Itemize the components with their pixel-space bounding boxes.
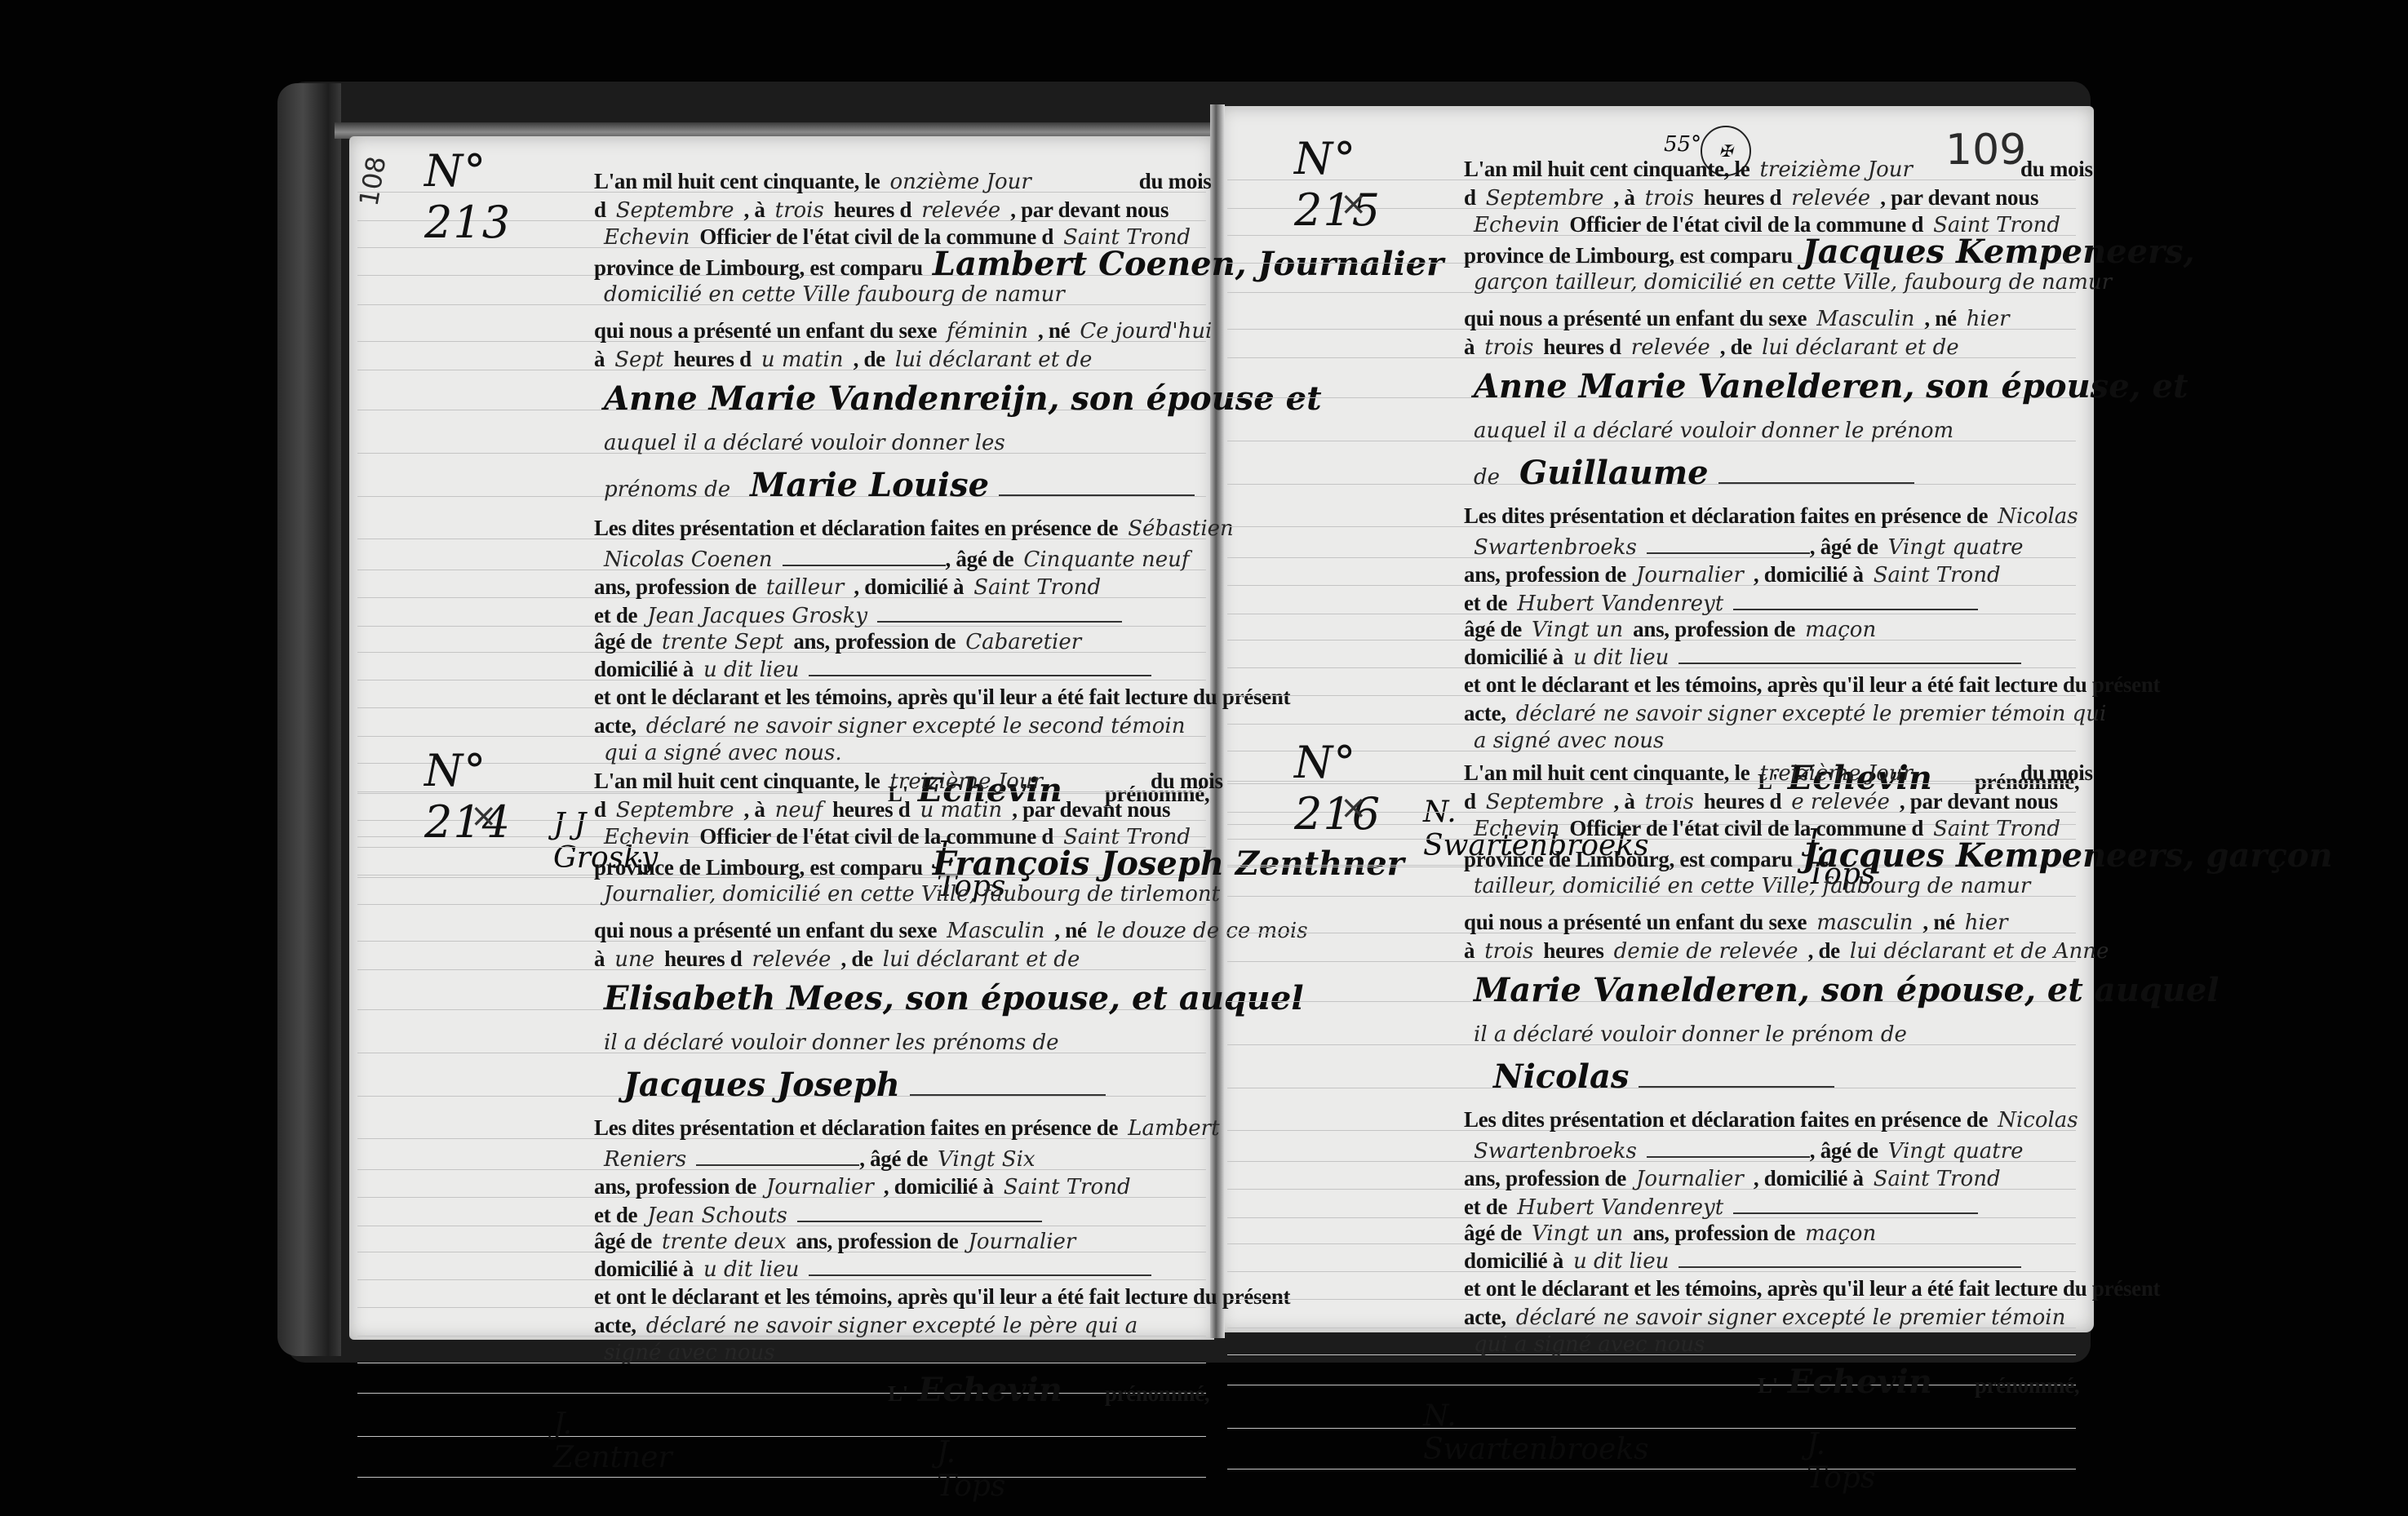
book-cover-left-edge: [277, 83, 341, 1356]
handwritten-text: relevée: [921, 198, 1000, 223]
witness2-domicile-line: domicilié àu dit lieu: [1464, 643, 2021, 672]
handwritten-text: Vingt un: [1532, 618, 1623, 642]
printed-text: L'an mil huit cent cinquante, le: [1464, 157, 1749, 181]
handwritten-text: Anne Marie Vanelderen, son épouse, et: [1474, 367, 2188, 406]
handwritten-text: relevée: [1631, 335, 1710, 360]
printed-text: domicilié à: [594, 1257, 694, 1281]
printed-text: , âgé de: [1810, 1138, 1878, 1163]
handwritten-text: Marie Vanelderen, son épouse, et auquel: [1474, 971, 2219, 1009]
witness1-profession-line: ans, profession deJournalier, domicilié …: [1464, 561, 2011, 589]
printed-text: , par devant nous: [1010, 197, 1169, 222]
printed-text: du mois: [1139, 169, 1212, 193]
printed-text: , de: [840, 946, 872, 971]
printed-text: à: [594, 347, 605, 371]
printed-text: et ont le déclarant et les témoins, aprè…: [594, 1284, 1290, 1309]
handwritten-text: domicilié en cette Ville faubourg de nam…: [604, 282, 1065, 307]
printed-text: , de: [854, 347, 885, 371]
handwritten-text: auquel il a déclaré vouloir donner le pr…: [1474, 419, 1953, 443]
handwritten-text: treizième Jour: [1759, 157, 1913, 182]
handwritten-text: Vingt quatre: [1888, 535, 2024, 560]
witness1-line: Les dites présentation et déclaration fa…: [594, 1114, 1230, 1142]
date-line: L'an mil huit cent cinquante, letreizièm…: [1464, 759, 2093, 787]
witness2-line: et deJean Schouts: [594, 1201, 1042, 1230]
printed-text: et ont le déclarant et les témoins, aprè…: [594, 685, 1290, 709]
handwritten-text: demie de relevée: [1614, 939, 1798, 964]
handwritten-text: Septembre: [616, 198, 734, 223]
handwritten-text: déclaré ne savoir signer excepté le seco…: [646, 714, 1186, 738]
ruled-line: [1227, 1428, 2076, 1429]
handwritten-text: le douze de ce mois: [1097, 919, 1308, 943]
printed-text: heures d: [1543, 335, 1621, 359]
printed-text: âgé de: [594, 629, 652, 654]
handwritten-text: u matin: [920, 798, 1003, 822]
printed-text: et de: [594, 603, 637, 627]
printed-text: , à: [744, 797, 765, 822]
handwritten-text: Septembre: [1486, 790, 1604, 814]
witness-signature: J. Zentner: [553, 1407, 672, 1474]
handwritten-text: Jacques Kempeneers, garçon: [1803, 836, 2333, 875]
birth-time-line: àSeptheures du matin, delui déclarant et…: [594, 345, 1102, 374]
printed-text: et ont le déclarant et les témoins, aprè…: [1464, 672, 2160, 697]
printed-text: domicilié à: [1464, 645, 1563, 669]
handwritten-text: Jean Jacques Grosky: [647, 604, 867, 628]
witness2-domicile-line: domicilié àu dit lieu: [594, 655, 1151, 684]
book-gutter: [1210, 104, 1225, 1338]
printed-text: , à: [744, 197, 765, 222]
handwritten-text: Elisabeth Mees, son épouse, et auquel: [604, 979, 1304, 1017]
printed-text: , de: [1808, 938, 1840, 963]
handwritten-text: Ce jourd'hui: [1080, 319, 1212, 344]
child-sex-line: qui nous a présenté un enfant du sexeMas…: [594, 916, 1318, 945]
printed-text: qui nous a présenté un enfant du sexe: [1464, 306, 1807, 330]
ruled-line: [357, 1436, 1206, 1437]
handwritten-text: u dit lieu: [1573, 645, 1669, 670]
time-line: dSeptembre, àneufheures du matin, par de…: [594, 796, 1170, 824]
printed-text: qui nous a présenté un enfant du sexe: [594, 918, 937, 942]
witness2-domicile-line: domicilié àu dit lieu: [594, 1255, 1151, 1283]
signing-declaration-cont-line: signé avec nous: [594, 1338, 785, 1367]
handwritten-text: Sébastien: [1128, 516, 1234, 541]
printed-text: ans, profession de: [1633, 617, 1795, 641]
printed-text: L'an mil huit cent cinquante, le: [594, 769, 880, 793]
printed-text: , âgé de: [859, 1146, 928, 1171]
declarant-line: province de Limbourg, est comparuLambert…: [594, 250, 1453, 281]
handwritten-text: Hubert Vandenreyt: [1517, 592, 1723, 616]
officer-signature: J. Tops: [1807, 1428, 1875, 1495]
printed-text: , domicilié à: [854, 574, 964, 599]
declaration-line: auquel il a déclaré vouloir donner le pr…: [1464, 416, 1963, 445]
handwritten-text: Reniers: [604, 1147, 686, 1172]
entry-number: N° 216: [1294, 737, 1381, 840]
declarant-line: province de Limbourg, est comparuJacques…: [1464, 238, 2205, 269]
handwritten-text: relevée: [752, 947, 831, 972]
handwritten-text: Saint Trond: [1004, 1175, 1131, 1199]
time-line: dSeptembre, àtroisheures drelevée, par d…: [1464, 184, 2038, 212]
printed-text: âgé de: [594, 1229, 652, 1253]
signing-declaration-line: acte,déclaré ne savoir signer excepté le…: [1464, 1303, 2075, 1332]
printed-text: , âgé de: [1810, 534, 1878, 559]
handwritten-text: Vingt quatre: [1888, 1139, 2024, 1164]
handwritten-text: Nicolas Coenen: [604, 547, 773, 572]
handwritten-text: e relevée: [1791, 790, 1890, 814]
handwritten-text: lui déclarant et de: [1762, 335, 1959, 360]
handwritten-text: Echevin: [1474, 213, 1559, 237]
handwritten-text: Saint Trond: [1874, 563, 2001, 587]
printed-text: Les dites présentation et déclaration fa…: [594, 1115, 1118, 1140]
printed-text: prénommé,: [1975, 1373, 2080, 1398]
handwritten-text: neuf: [775, 798, 823, 822]
handwritten-text: Saint Trond: [973, 575, 1101, 600]
handwritten-text: Septembre: [1486, 186, 1604, 211]
handwritten-text: trois: [1484, 335, 1533, 360]
witness2-age-line: âgé detrente deuxans, profession deJourn…: [594, 1227, 1085, 1256]
printed-text: Les dites présentation et déclaration fa…: [1464, 1107, 1988, 1132]
handwritten-text: Saint Trond: [1874, 1167, 2001, 1191]
handwritten-text: u dit lieu: [1573, 1249, 1669, 1274]
signing-declaration-cont-line: qui a signé avec nous.: [594, 738, 852, 767]
witness2-age-line: âgé deVingt unans, profession demaçon: [1464, 1219, 1886, 1248]
declaration-line: il a déclaré vouloir donner les prénoms …: [594, 1028, 1069, 1057]
printed-text: province de Limbourg, est comparu: [1464, 243, 1793, 268]
signing-declaration-cont-line: qui a signé avec nous: [1464, 1330, 1714, 1359]
handwritten-text: Echevin: [1474, 817, 1559, 841]
handwritten-text: Masculin: [947, 919, 1044, 943]
handwritten-text: lui déclarant et de: [883, 947, 1080, 972]
handwritten-text: Guillaume: [1519, 454, 1709, 492]
printed-text: , domicilié à: [1754, 562, 1864, 587]
handwritten-text: déclaré ne savoir signer excepté le prem…: [1516, 1305, 2066, 1330]
printed-text: province de Limbourg, est comparu: [594, 255, 923, 280]
handwritten-text: hier: [1967, 307, 2010, 331]
domicile-line: Journalier, domicilié en cette Ville, fa…: [594, 880, 1230, 908]
printed-text: , âgé de: [946, 547, 1014, 571]
cross-mark-icon: ×: [1340, 789, 1368, 827]
printed-text: L'an mil huit cent cinquante, le: [1464, 760, 1749, 785]
handwritten-text: Journalier: [1636, 1167, 1744, 1191]
printed-text: d: [1464, 185, 1476, 210]
mother-line: Marie Vanelderen, son épouse, et auquel: [1464, 977, 2228, 1008]
printed-text: heures d: [664, 946, 742, 971]
printed-text: Les dites présentation et déclaration fa…: [1464, 503, 1988, 528]
printed-text: heures d: [832, 797, 910, 822]
printed-text: heures d: [834, 197, 911, 222]
folio-number-left: 108: [353, 154, 392, 209]
printed-text: et ont le déclarant et les témoins, aprè…: [1464, 1276, 2160, 1301]
handwritten-text: Echevin: [604, 825, 690, 849]
witness-signature: N. Swartenbroeks: [1423, 1399, 1649, 1466]
officer-title-line: L'Echevinprénommé,: [888, 1376, 1209, 1407]
handwritten-text: relevée: [1791, 186, 1870, 211]
handwritten-text: Lambert Coenen, Journalier: [933, 245, 1443, 283]
printed-text: acte,: [1464, 1305, 1506, 1329]
printed-text: d: [1464, 789, 1476, 813]
handwritten-text: Echevin: [918, 1371, 1062, 1409]
handwritten-text: Nicolas: [1998, 1108, 2078, 1133]
handwritten-text: Journalier: [766, 1175, 874, 1199]
handwritten-text: Journalier: [1636, 563, 1744, 587]
handwritten-text: Cinquante neuf: [1023, 547, 1189, 572]
printed-text: , par devant nous: [1900, 789, 2058, 813]
printed-text: , par devant nous: [1880, 185, 2038, 210]
entry-number: N° 215: [1294, 133, 1381, 236]
printed-text: qui nous a présenté un enfant du sexe: [1464, 910, 1807, 934]
printed-text: qui nous a présenté un enfant du sexe: [594, 318, 937, 343]
handwritten-text: il a déclaré vouloir donner le prénom de: [1474, 1022, 1907, 1047]
printed-text: Les dites présentation et déclaration fa…: [594, 516, 1118, 540]
declaration-line: auquel il a déclaré vouloir donner les: [594, 428, 1015, 457]
handwritten-text: qui a signé avec nous: [1474, 1332, 1705, 1357]
witness1-line: Les dites présentation et déclaration fa…: [1464, 502, 2088, 530]
domicile-line: tailleur, domicilié en cette Ville, faub…: [1464, 871, 2040, 900]
handwritten-text: signé avec nous: [604, 1341, 775, 1365]
printed-text: , par devant nous: [1012, 797, 1170, 822]
handwritten-text: déclaré ne savoir signer excepté le père…: [646, 1314, 1138, 1338]
printed-text: , à: [1614, 185, 1635, 210]
printed-text: , domicilié à: [884, 1174, 994, 1199]
printed-text: , domicilié à: [1754, 1166, 1864, 1190]
printed-text: heures: [1543, 938, 1603, 963]
handwritten-text: déclaré ne savoir signer excepté le prem…: [1516, 702, 2107, 726]
handwritten-text: hier: [1965, 911, 2008, 935]
handwritten-text: Sept: [614, 348, 663, 372]
child-name-line: Jacques Joseph: [594, 1071, 1106, 1103]
signing-declaration-line: acte,déclaré ne savoir signer excepté le…: [594, 711, 1195, 740]
handwritten-text: u matin: [761, 348, 844, 372]
witness1-age-line: Swartenbroeks, âgé deVingt quatre: [1464, 1137, 2033, 1165]
ruled-line: [357, 1477, 1206, 1478]
handwritten-text: Journalier: [968, 1230, 1075, 1254]
handwritten-text: de: [1474, 465, 1500, 490]
printed-text: ans, profession de: [594, 574, 756, 599]
cross-mark-icon: ×: [470, 797, 498, 835]
handwritten-text: prénoms de: [604, 477, 730, 502]
handwritten-text: Anne Marie Vandenreijn, son épouse et: [604, 379, 1322, 418]
date-line: L'an mil huit cent cinquante, letreizièm…: [594, 767, 1223, 796]
mother-line: Anne Marie Vandenreijn, son épouse et: [594, 385, 1332, 416]
child-sex-line: qui nous a présenté un enfant du sexemas…: [1464, 908, 2018, 937]
witness2-age-line: âgé detrente Septans, profession deCabar…: [594, 627, 1091, 656]
handwritten-text: u dit lieu: [703, 1257, 799, 1282]
handwritten-text: maçon: [1805, 1221, 1876, 1246]
witness1-age-line: Nicolas Coenen, âgé deCinquante neuf: [594, 545, 1200, 574]
handwritten-text: tailleur, domicilié en cette Ville, faub…: [1474, 874, 2030, 898]
mother-line: Elisabeth Mees, son épouse, et auquel: [594, 985, 1314, 1016]
handwritten-text: Nicolas: [1998, 504, 2078, 529]
printed-text: heures d: [1704, 789, 1781, 813]
handwritten-text: garçon tailleur, domicilié en cette Vill…: [1474, 270, 2112, 295]
handwritten-text: Jean Schouts: [647, 1203, 787, 1228]
handwritten-text: a signé avec nous: [1474, 729, 1664, 753]
printed-text: d: [594, 797, 606, 822]
printed-text: , né: [1924, 306, 1956, 330]
printed-text: heures d: [674, 347, 752, 371]
printed-text: âgé de: [1464, 617, 1522, 641]
handwritten-text: auquel il a déclaré vouloir donner les: [604, 431, 1005, 455]
handwritten-text: François Joseph Zenthner: [933, 844, 1404, 883]
mother-line: Anne Marie Vanelderen, son épouse, et: [1464, 373, 2197, 404]
cross-mark-icon: ×: [1340, 185, 1368, 223]
printed-text: acte,: [1464, 701, 1506, 725]
printed-text: à: [1464, 938, 1475, 963]
entry-number: N° 214: [424, 745, 511, 848]
closing-line: et ont le déclarant et les témoins, aprè…: [594, 683, 1290, 711]
handwritten-text: trois: [1645, 790, 1694, 814]
closing-line: et ont le déclarant et les témoins, aprè…: [1464, 671, 2160, 698]
handwritten-text: Cabaretier: [965, 630, 1081, 654]
handwritten-text: Swartenbroeks: [1474, 535, 1637, 560]
handwritten-text: féminin: [947, 319, 1028, 344]
ruled-line: [1227, 1469, 2076, 1469]
handwritten-text: Lambert: [1128, 1116, 1219, 1141]
handwritten-text: Septembre: [616, 798, 734, 822]
printed-text: , né: [1054, 918, 1086, 942]
handwritten-text: trente Sept: [662, 630, 783, 654]
domicile-line: domicilié en cette Ville faubourg de nam…: [594, 280, 1075, 308]
printed-text: domicilié à: [1464, 1248, 1563, 1273]
handwritten-text: Marie Louise: [750, 466, 989, 504]
printed-text: ans, profession de: [1464, 562, 1626, 587]
handwritten-text: Masculin: [1816, 307, 1914, 331]
handwritten-text: lui déclarant et de Anne: [1850, 939, 2109, 964]
handwritten-text: Echevin: [604, 225, 690, 250]
date-line: L'an mil huit cent cinquante, leonzième …: [594, 167, 1211, 196]
child-name-line: prénoms deMarie Louise: [594, 472, 1195, 503]
printed-text: ans, profession de: [1464, 1166, 1626, 1190]
handwritten-text: il a déclaré vouloir donner les prénoms …: [604, 1031, 1059, 1055]
witness1-profession-line: ans, profession deJournalier, domicilié …: [1464, 1164, 2011, 1193]
handwritten-text: Hubert Vandenreyt: [1517, 1195, 1723, 1220]
child-sex-line: qui nous a présenté un enfant du sexefém…: [594, 317, 1222, 345]
time-line: dSeptembre, àtroisheures drelevée, par d…: [594, 196, 1169, 224]
witness1-profession-line: ans, profession detailleur, domicilié àS…: [594, 573, 1111, 601]
child-name-line: deGuillaume: [1464, 459, 1914, 491]
declarant-line: province de Limbourg, est comparuJacques…: [1464, 842, 2343, 873]
officer-signature: J. Tops: [937, 1436, 1005, 1503]
witness2-line: et deJean Jacques Grosky: [594, 601, 1122, 630]
handwritten-text: Swartenbroeks: [1474, 1139, 1637, 1164]
printed-text: et de: [594, 1203, 637, 1227]
signing-declaration-line: acte,déclaré ne savoir signer excepté le…: [1464, 699, 2116, 728]
handwritten-text: Jacques Joseph: [623, 1066, 900, 1104]
handwritten-text: Vingt Six: [938, 1147, 1035, 1172]
officer-title-line: L'Echevinprénommé,: [1758, 1368, 2079, 1399]
handwritten-text: Echevin: [1788, 1363, 1932, 1401]
handwritten-text: u dit lieu: [703, 658, 799, 682]
time-line: dSeptembre, àtroisheures de relevée, par…: [1464, 787, 2058, 816]
handwritten-text: onzième Jour: [889, 170, 1031, 194]
printed-text: et de: [1464, 1195, 1507, 1219]
witness1-age-line: Reniers, âgé deVingt Six: [594, 1145, 1045, 1173]
handwritten-text: Jacques Kempeneers,: [1803, 233, 2195, 271]
printed-text: , né: [1038, 318, 1070, 343]
birth-time-line: àuneheures drelevée, delui déclarant et …: [594, 945, 1089, 973]
handwritten-text: une: [614, 947, 654, 972]
printed-text: du mois: [1151, 769, 1223, 793]
printed-text: L': [1758, 1373, 1778, 1398]
printed-text: province de Limbourg, est comparu: [594, 855, 923, 880]
closing-line: et ont le déclarant et les témoins, aprè…: [594, 1283, 1290, 1310]
declaration-line: il a déclaré vouloir donner le prénom de: [1464, 1020, 1917, 1048]
closing-line: et ont le déclarant et les témoins, aprè…: [1464, 1274, 2160, 1302]
handwritten-text: Nicolas: [1493, 1057, 1629, 1096]
handwritten-text: lui déclarant et de: [895, 348, 1093, 372]
handwritten-text: masculin: [1816, 911, 1913, 935]
signing-declaration-cont-line: a signé avec nous: [1464, 726, 1674, 755]
witness1-line: Les dites présentation et déclaration fa…: [1464, 1106, 2088, 1134]
witness1-age-line: Swartenbroeks, âgé deVingt quatre: [1464, 533, 2033, 561]
handwritten-text: trois: [1645, 186, 1694, 211]
printed-text: L': [888, 1381, 908, 1406]
handwritten-text: Vingt un: [1532, 1221, 1623, 1246]
witness2-age-line: âgé deVingt unans, profession demaçon: [1464, 615, 1886, 644]
printed-text: , de: [1720, 335, 1752, 359]
birth-time-line: àtroisheuresdemie de relevée, delui décl…: [1464, 937, 2118, 965]
printed-text: acte,: [594, 713, 636, 738]
printed-text: du mois: [2020, 157, 2093, 181]
printed-text: acte,: [594, 1313, 636, 1337]
handwritten-text: treizième Jour: [1759, 761, 1913, 786]
domicile-line: garçon tailleur, domicilié en cette Vill…: [1464, 268, 2122, 296]
printed-text: d: [594, 197, 606, 222]
printed-text: ans, profession de: [793, 629, 956, 654]
handwritten-text: Journalier, domicilié en cette Ville, fa…: [604, 882, 1220, 906]
entry-number: N° 213: [424, 145, 511, 248]
printed-text: du mois: [2020, 760, 2093, 785]
witness1-profession-line: ans, profession deJournalier, domicilié …: [594, 1172, 1141, 1201]
handwritten-text: trois: [1484, 939, 1533, 964]
printed-text: ans, profession de: [1633, 1221, 1795, 1245]
witness2-line: et deHubert Vandenreyt: [1464, 1193, 1978, 1221]
witness2-domicile-line: domicilié àu dit lieu: [1464, 1247, 2021, 1275]
printed-text: âgé de: [1464, 1221, 1522, 1245]
printed-text: et de: [1464, 591, 1507, 615]
printed-text: ans, profession de: [594, 1174, 756, 1199]
handwritten-text: trente deux: [662, 1230, 787, 1254]
date-line: L'an mil huit cent cinquante, letreizièm…: [1464, 155, 2093, 184]
child-name-line: Nicolas: [1464, 1063, 1834, 1095]
printed-text: L'an mil huit cent cinquante, le: [594, 169, 880, 193]
printed-text: province de Limbourg, est comparu: [1464, 847, 1793, 871]
printed-text: , à: [1614, 789, 1635, 813]
handwritten-text: maçon: [1805, 618, 1876, 642]
witness2-line: et deHubert Vandenreyt: [1464, 589, 1978, 618]
signing-declaration-line: acte,déclaré ne savoir signer excepté le…: [594, 1311, 1147, 1340]
declarant-line: province de Limbourg, est comparuFrançoi…: [594, 850, 1414, 881]
printed-text: prénommé,: [1105, 1381, 1210, 1406]
handwritten-text: trois: [775, 198, 824, 223]
printed-text: à: [594, 946, 605, 971]
witness1-line: Les dites présentation et déclaration fa…: [594, 514, 1244, 543]
printed-text: ans, profession de: [796, 1229, 958, 1253]
printed-text: à: [1464, 335, 1475, 359]
birth-time-line: àtroisheures drelevée, delui déclarant e…: [1464, 333, 1969, 361]
printed-text: , né: [1922, 910, 1954, 934]
printed-text: domicilié à: [594, 657, 694, 681]
handwritten-text: qui a signé avec nous.: [604, 741, 842, 765]
printed-text: heures d: [1704, 185, 1781, 210]
handwritten-text: tailleur: [766, 575, 844, 600]
handwritten-text: treizième Jour: [889, 769, 1043, 794]
page-stamp-number: 55°: [1664, 132, 1701, 157]
child-sex-line: qui nous a présenté un enfant du sexeMas…: [1464, 304, 2020, 333]
